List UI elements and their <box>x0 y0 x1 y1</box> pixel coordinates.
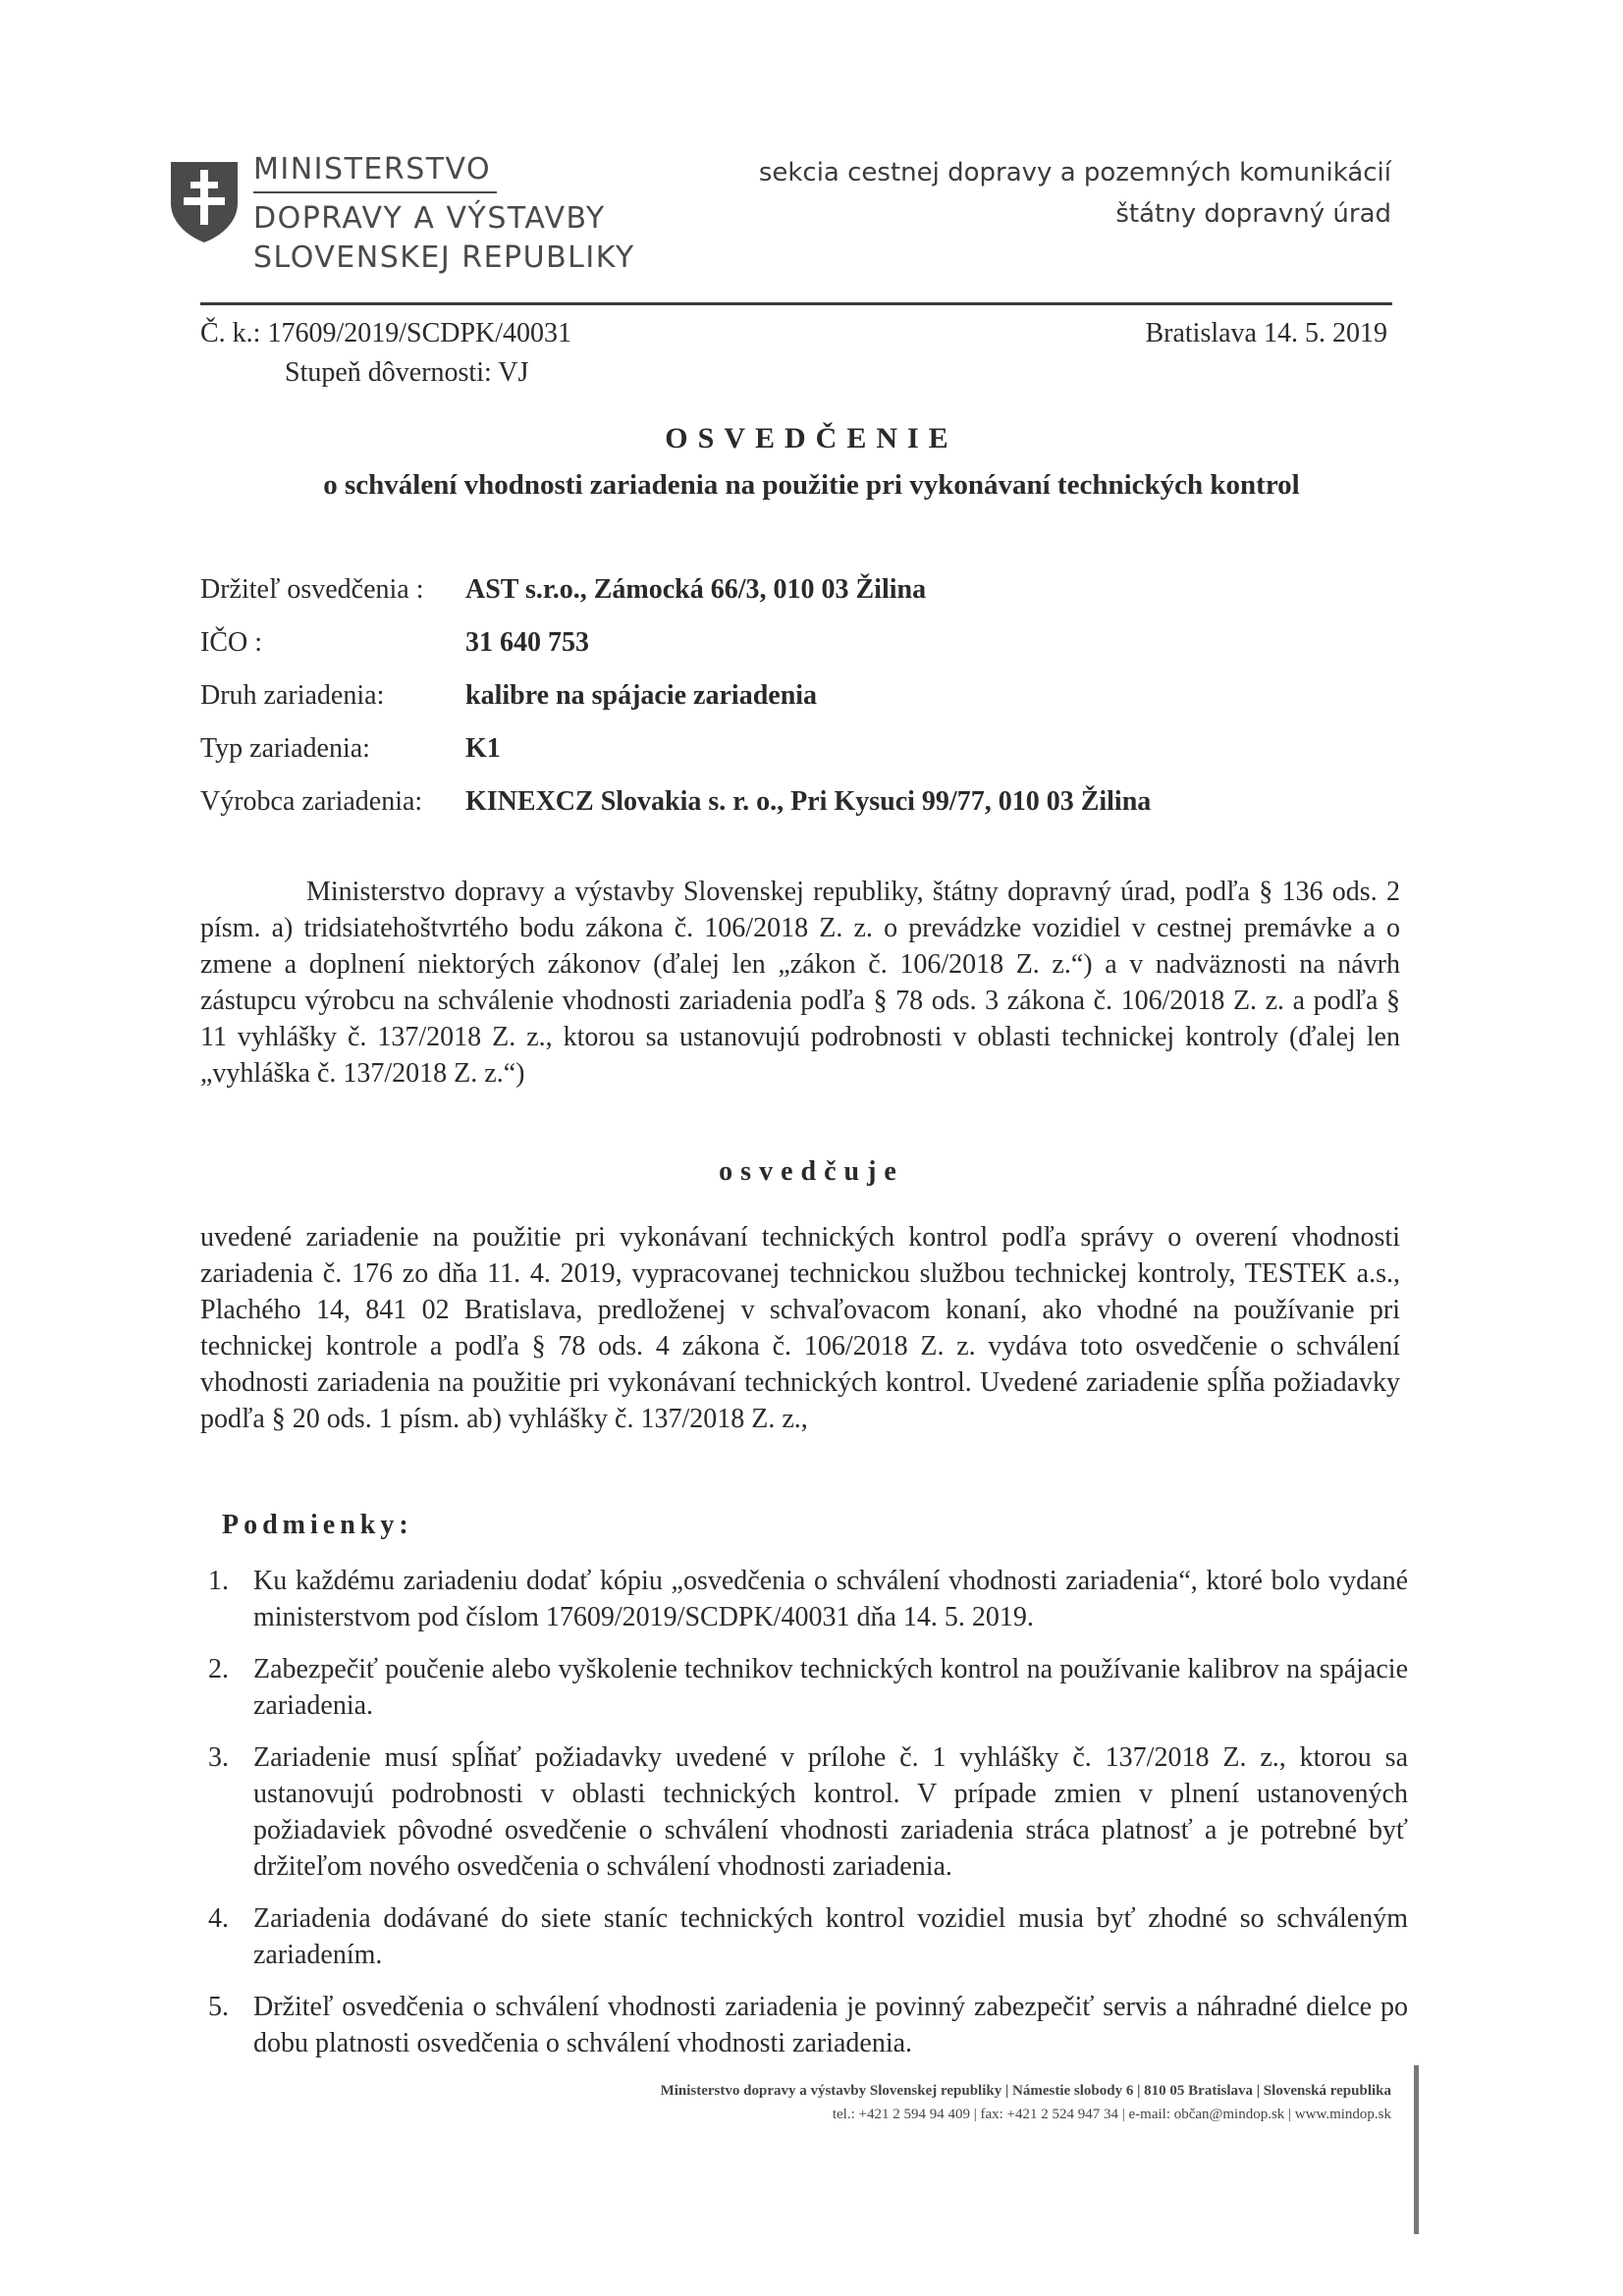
certifies-heading: osvedčuje <box>0 1156 1623 1188</box>
conditions-heading: Podmienky: <box>222 1510 413 1541</box>
field-value: K1 <box>465 733 501 765</box>
certification-paragraph: uvedené zariadenie na použitie pri vykon… <box>200 1219 1400 1437</box>
footer-contacts: tel.: +421 2 594 94 409 | fax: +421 2 52… <box>661 2103 1391 2126</box>
field-value: kalibre na spájacie zariadenia <box>465 680 817 712</box>
condition-item: 2. Zabezpečiť poučenie alebo vyškolenie … <box>208 1651 1408 1724</box>
ministry-line-2: DOPRAVY A VÝSTAVBY <box>253 199 635 239</box>
field-label: Druh zariadenia: <box>200 680 465 712</box>
condition-number: 4. <box>208 1900 253 1973</box>
field-value: AST s.r.o., Zámocká 66/3, 010 03 Žilina <box>465 574 926 606</box>
field-label: IČO : <box>200 627 465 659</box>
slovak-coat-of-arms-icon <box>169 160 240 244</box>
condition-item: 4. Zariadenia dodávané do siete staníc t… <box>208 1900 1408 1973</box>
document-subtitle: o schválení vhodnosti zariadenia na použ… <box>0 469 1623 502</box>
field-value: 31 640 753 <box>465 627 589 659</box>
condition-item: 3. Zariadenie musí spĺňať požiadavky uve… <box>208 1739 1408 1885</box>
certificate-fields: Držiteľ osvedčenia : AST s.r.o., Zámocká… <box>200 574 1151 839</box>
confidentiality-level: Stupeň dôvernosti: VJ <box>200 353 571 393</box>
reference-number: Č. k.: 17609/2019/SCDPK/40031 <box>200 318 571 348</box>
conditions-list: 1. Ku každému zariadeniu dodať kópiu „os… <box>208 1563 1408 2077</box>
legal-basis-paragraph: Ministerstvo dopravy a výstavby Slovensk… <box>200 874 1400 1092</box>
field-device-kind: Druh zariadenia: kalibre na spájacie zar… <box>200 680 1151 733</box>
condition-item: 1. Ku každému zariadeniu dodať kópiu „os… <box>208 1563 1408 1635</box>
ministry-line-1: MINISTERSTVO <box>253 150 635 189</box>
ministry-underline <box>253 191 497 193</box>
section-name: sekcia cestnej dopravy a pozemných komun… <box>759 152 1391 235</box>
place-and-date: Bratislava 14. 5. 2019 <box>1145 314 1387 353</box>
ministry-logo-text: MINISTERSTVO DOPRAVY A VÝSTAVBY SLOVENSK… <box>253 150 635 278</box>
footer-vertical-bar <box>1414 2065 1419 2234</box>
field-holder: Držiteľ osvedčenia : AST s.r.o., Zámocká… <box>200 574 1151 627</box>
field-label: Držiteľ osvedčenia : <box>200 574 465 606</box>
field-ico: IČO : 31 640 753 <box>200 627 1151 680</box>
field-label: Výrobca zariadenia: <box>200 786 465 818</box>
condition-number: 1. <box>208 1563 253 1635</box>
section-line-1: sekcia cestnej dopravy a pozemných komun… <box>759 152 1391 193</box>
header-divider <box>200 302 1392 305</box>
condition-number: 2. <box>208 1651 253 1724</box>
condition-text: Ku každému zariadeniu dodať kópiu „osved… <box>253 1563 1408 1635</box>
condition-item: 5. Držiteľ osvedčenia o schválení vhodno… <box>208 1989 1408 2061</box>
footer-contact: Ministerstvo dopravy a výstavby Slovensk… <box>661 2079 1391 2126</box>
document-title: OSVEDČENIE <box>0 422 1623 455</box>
field-value: KINEXCZ Slovakia s. r. o., Pri Kysuci 99… <box>465 786 1151 818</box>
condition-text: Zariadenie musí spĺňať požiadavky uveden… <box>253 1739 1408 1885</box>
condition-text: Zabezpečiť poučenie alebo vyškolenie tec… <box>253 1651 1408 1724</box>
field-device-type: Typ zariadenia: K1 <box>200 733 1151 786</box>
section-line-2: štátny dopravný úrad <box>759 193 1391 235</box>
condition-text: Zariadenia dodávané do siete staníc tech… <box>253 1900 1408 1973</box>
reference-block: Č. k.: 17609/2019/SCDPK/40031 Stupeň dôv… <box>200 314 571 393</box>
field-label: Typ zariadenia: <box>200 733 465 765</box>
ministry-line-3: SLOVENSKEJ REPUBLIKY <box>253 239 635 278</box>
condition-number: 5. <box>208 1989 253 2061</box>
footer-address: Ministerstvo dopravy a výstavby Slovensk… <box>661 2079 1391 2103</box>
condition-text: Držiteľ osvedčenia o schválení vhodnosti… <box>253 1989 1408 2061</box>
field-manufacturer: Výrobca zariadenia: KINEXCZ Slovakia s. … <box>200 786 1151 839</box>
condition-number: 3. <box>208 1739 253 1885</box>
